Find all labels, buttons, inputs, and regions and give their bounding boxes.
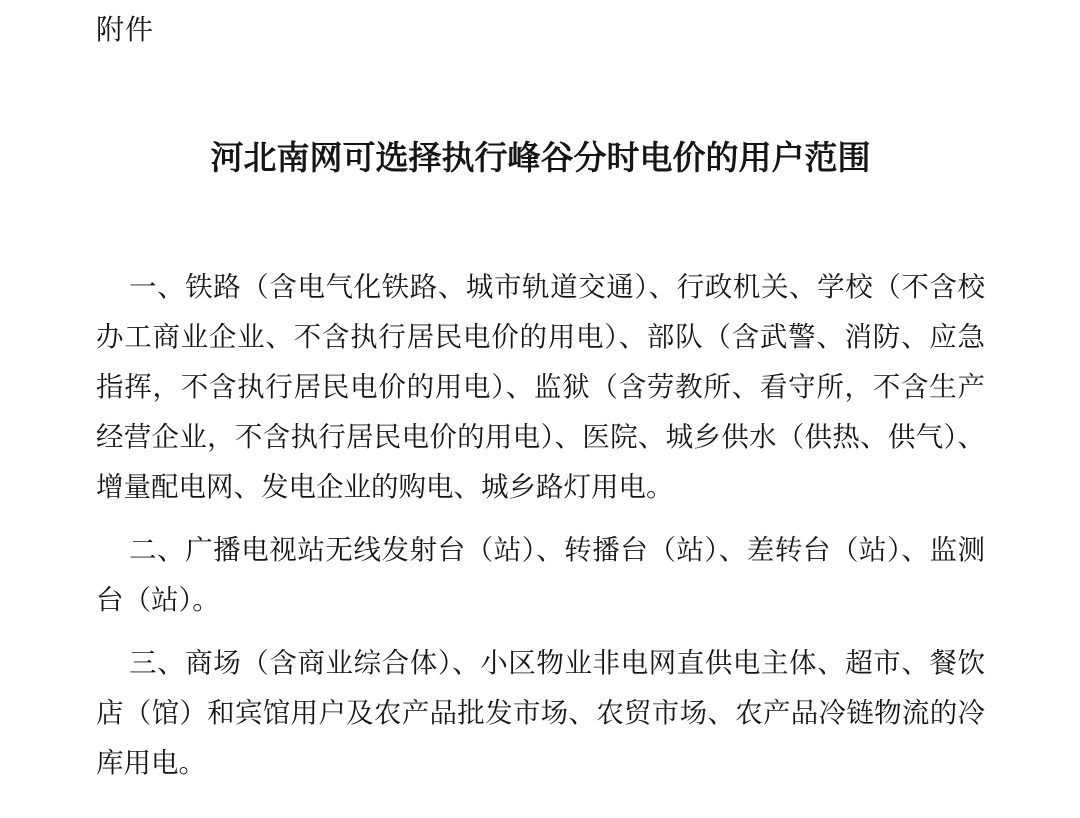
attachment-label: 附件 [96,10,985,50]
document-body: 一、铁路（含电气化铁路、城市轨道交通）、行政机关、学校（不含校办工商业企业、不含… [96,262,985,788]
paragraph-item-2: 二、广播电视站无线发射台（站）、转播台（站）、差转台（站）、监测台（站）。 [96,525,985,625]
document-page: 附件 河北南网可选择执行峰谷分时电价的用户范围 一、铁路（含电气化铁路、城市轨道… [0,0,1080,818]
document-title: 河北南网可选择执行峰谷分时电价的用户范围 [96,135,985,181]
paragraph-item-3: 三、商场（含商业综合体）、小区物业非电网直供电主体、超市、餐饮店（馆）和宾馆用户… [96,638,985,788]
paragraph-item-1: 一、铁路（含电气化铁路、城市轨道交通）、行政机关、学校（不含校办工商业企业、不含… [96,262,985,512]
